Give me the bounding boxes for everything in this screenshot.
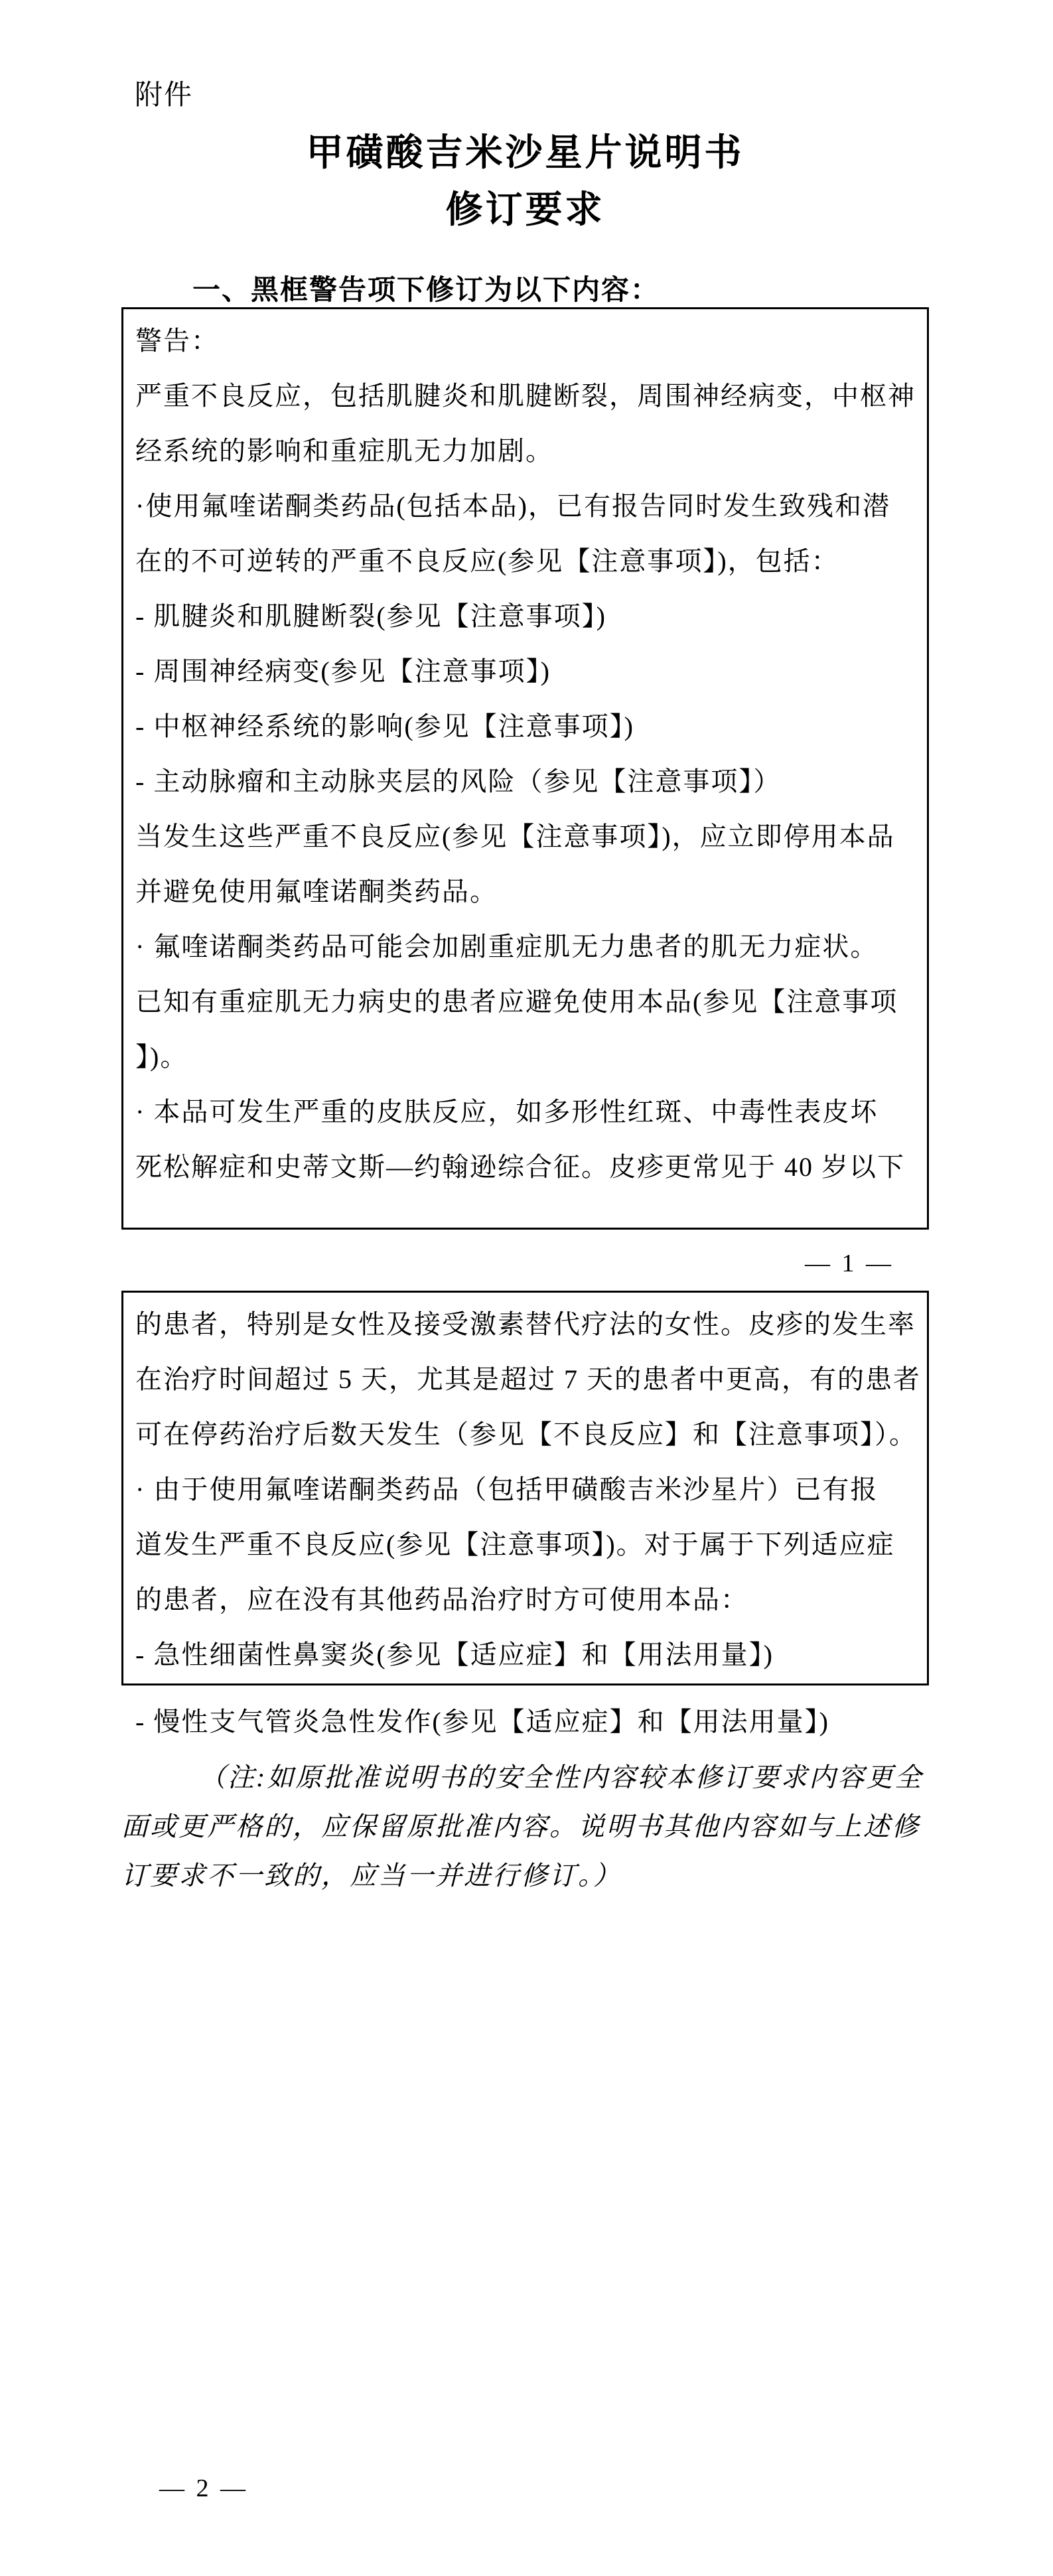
warning-box-line: - 周围神经病变(参见【注意事项】): [135, 644, 915, 699]
warning-box-line: 已知有重症肌无力病史的患者应避免使用本品(参见【注意事项: [135, 974, 915, 1029]
warning-box-line: · 氟喹诺酮类药品可能会加剧重症肌无力患者的肌无力症状。: [135, 919, 915, 974]
warning-box-line: 的患者，应在没有其他药品治疗时方可使用本品：: [135, 1572, 915, 1627]
warning-box-line: 警告：: [135, 313, 915, 368]
doc-title-line1: 甲磺酸吉米沙星片说明书: [121, 123, 929, 177]
attachment-label: 附件: [135, 73, 193, 113]
note-line: 面或更严格的，应保留原批准内容。说明书其他内容如与上述修: [121, 1802, 951, 1851]
black-box-warning-continued: 的患者，特别是女性及接受激素替代疗法的女性。皮疹的发生率 在治疗时间超过 5 天…: [121, 1291, 929, 1685]
warning-box-line: 死松解症和史蒂文斯—约翰逊综合征。皮疹更常见于 40 岁以下: [135, 1139, 915, 1194]
page-number-2: — 2 —: [159, 2474, 248, 2503]
warning-box-line: 】)。: [135, 1029, 915, 1084]
document-page: 附件 甲磺酸吉米沙星片说明书 修订要求 一、黑框警告项下修订为以下内容： 警告：…: [0, 0, 1053, 2576]
note-line: 订要求不一致的，应当一并进行修订。）: [121, 1851, 951, 1900]
warning-box-line: · 由于使用氟喹诺酮类药品（包括甲磺酸吉米沙星片）已有报: [135, 1462, 915, 1517]
warning-box-line: - 主动脉瘤和主动脉夹层的风险（参见【注意事项】）: [135, 754, 915, 809]
warning-box-line: - 急性细菌性鼻窦炎(参见【适应症】和【用法用量】): [135, 1627, 915, 1682]
warning-box-line: 道发生严重不良反应(参见【注意事项】)。对于属于下列适应症: [135, 1517, 915, 1572]
warning-box-line: 经系统的影响和重症肌无力加剧。: [135, 423, 915, 478]
black-box-warning: 警告： 严重不良反应，包括肌腱炎和肌腱断裂，周围神经病变，中枢神 经系统的影响和…: [121, 307, 929, 1230]
warning-box-line: 并避免使用氟喹诺酮类药品。: [135, 864, 915, 919]
doc-title-line2: 修订要求: [121, 180, 929, 234]
indication-bullet-line: - 慢性支气管炎急性发作(参见【适应症】和【用法用量】): [121, 1694, 829, 1749]
warning-box-line: 的患者，特别是女性及接受激素替代疗法的女性。皮疹的发生率: [135, 1297, 915, 1352]
page-number-1: — 1 —: [805, 1249, 894, 1278]
note-line: （注:如原批准说明书的安全性内容较本修订要求内容更全: [121, 1753, 951, 1802]
warning-box-line: 严重不良反应，包括肌腱炎和肌腱断裂，周围神经病变，中枢神: [135, 368, 915, 423]
warning-box-line: ·使用氟喹诺酮类药品(包括本品)，已有报告同时发生致残和潜: [135, 478, 915, 534]
revision-note: （注:如原批准说明书的安全性内容较本修订要求内容更全 面或更严格的，应保留原批准…: [121, 1753, 951, 1900]
warning-box-line: 可在停药治疗后数天发生（参见【不良反应】和【注意事项】）。: [135, 1407, 915, 1462]
warning-box-line: 在治疗时间超过 5 天，尤其是超过 7 天的患者中更高，有的患者: [135, 1352, 915, 1407]
warning-box-line: 在的不可逆转的严重不良反应(参见【注意事项】)，包括：: [135, 534, 915, 589]
warning-box-line: - 肌腱炎和肌腱断裂(参见【注意事项】): [135, 589, 915, 644]
warning-box-line: · 本品可发生严重的皮肤反应，如多形性红斑、中毒性表皮坏: [135, 1084, 915, 1139]
warning-box-line: 当发生这些严重不良反应(参见【注意事项】)，应立即停用本品: [135, 809, 915, 864]
warning-box-line: - 中枢神经系统的影响(参见【注意事项】): [135, 699, 915, 754]
section-heading: 一、黑框警告项下修订为以下内容：: [121, 268, 942, 308]
